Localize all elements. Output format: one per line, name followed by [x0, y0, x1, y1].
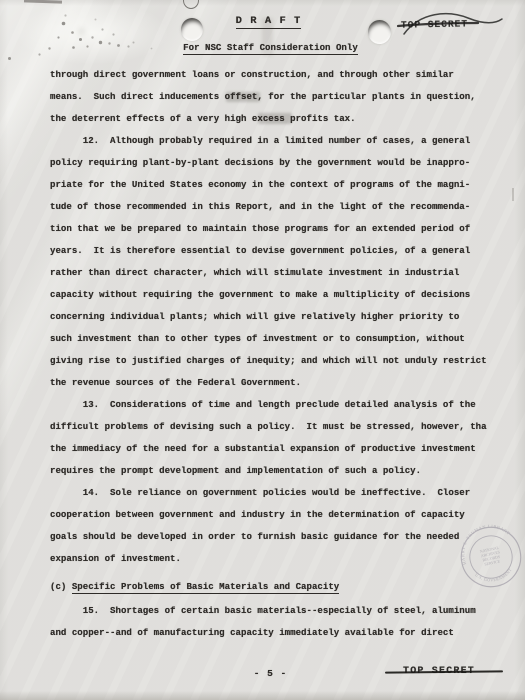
body-line: goals should be developed in order to fu… — [50, 526, 487, 548]
pen-arc-mark — [183, 0, 199, 9]
body-line: concerning individual plants; which will… — [50, 306, 487, 328]
body-line: priate for the United States economy in … — [50, 174, 487, 196]
body-line: policy requiring plant-by-plant decision… — [50, 152, 487, 174]
body-line: rather than direct character, which will… — [50, 262, 487, 284]
scanned-document-page: D R A F T TOP SECRET For NSC Staff Consi… — [0, 0, 525, 700]
body-line: means. Such direct inducements offset, f… — [50, 86, 487, 108]
body-line: requires the prompt development and impl… — [50, 460, 487, 482]
top-edge-mark — [24, 0, 62, 4]
paper-stains — [0, 0, 3, 3]
body-line: tude of those recommended in this Report… — [50, 196, 487, 218]
document-subtitle: For NSC Staff Consideration Only — [8, 42, 525, 53]
body-line: difficult problems of devising such a po… — [50, 416, 487, 438]
section-heading-prefix: (c) — [50, 581, 72, 592]
body-line: expansion of investment. — [50, 548, 487, 570]
body-line: 14. Sole reliance on government policies… — [50, 482, 487, 504]
body-line: years. It is therefore essential to devi… — [50, 240, 487, 262]
body-line: capacity without requiring the governmen… — [50, 284, 487, 306]
body-line: tion that we be prepared to maintain tho… — [50, 218, 487, 240]
section-heading: (c) Specific Problems of Basic Materials… — [50, 576, 487, 598]
body-line: the revenue sources of the Federal Gover… — [50, 372, 487, 394]
section-heading-text: Specific Problems of Basic Materials and… — [72, 581, 339, 594]
body-line: 15. Shortages of certain basic materials… — [50, 600, 487, 622]
classification-stamp-top: TOP SECRET — [401, 18, 468, 30]
body-line: cooperation between government and indus… — [50, 504, 487, 526]
stamp-ring-bottom-textpath: U.S. GOVERNMENT — [474, 565, 515, 586]
title-text: D R A F T — [236, 15, 302, 29]
body-line: the deterrent effects of a very high exc… — [50, 108, 487, 130]
body-line: the immediacy of the need for a substant… — [50, 438, 487, 460]
subtitle-text: For NSC Staff Consideration Only — [183, 42, 358, 55]
body-line: through direct government loans or const… — [50, 64, 487, 86]
scratch-mark — [512, 188, 514, 201]
body-line: and copper--and of manufacturing capacit… — [50, 622, 487, 644]
body-line: giving rise to justified charges of ineq… — [50, 350, 487, 372]
body-line: 13. Considerations of time and length pr… — [50, 394, 487, 416]
stamp-ring-bottom-text: U.S. GOVERNMENT — [474, 565, 515, 586]
document-body: through direct government loans or const… — [50, 64, 487, 644]
archive-stamp: HARRY S. TRUMAN LIBRARY U.S. GOVERNMENT … — [448, 514, 525, 599]
body-line: such investment than to other types of i… — [50, 328, 487, 350]
body-line: 12. Although probably required in a limi… — [50, 130, 487, 152]
